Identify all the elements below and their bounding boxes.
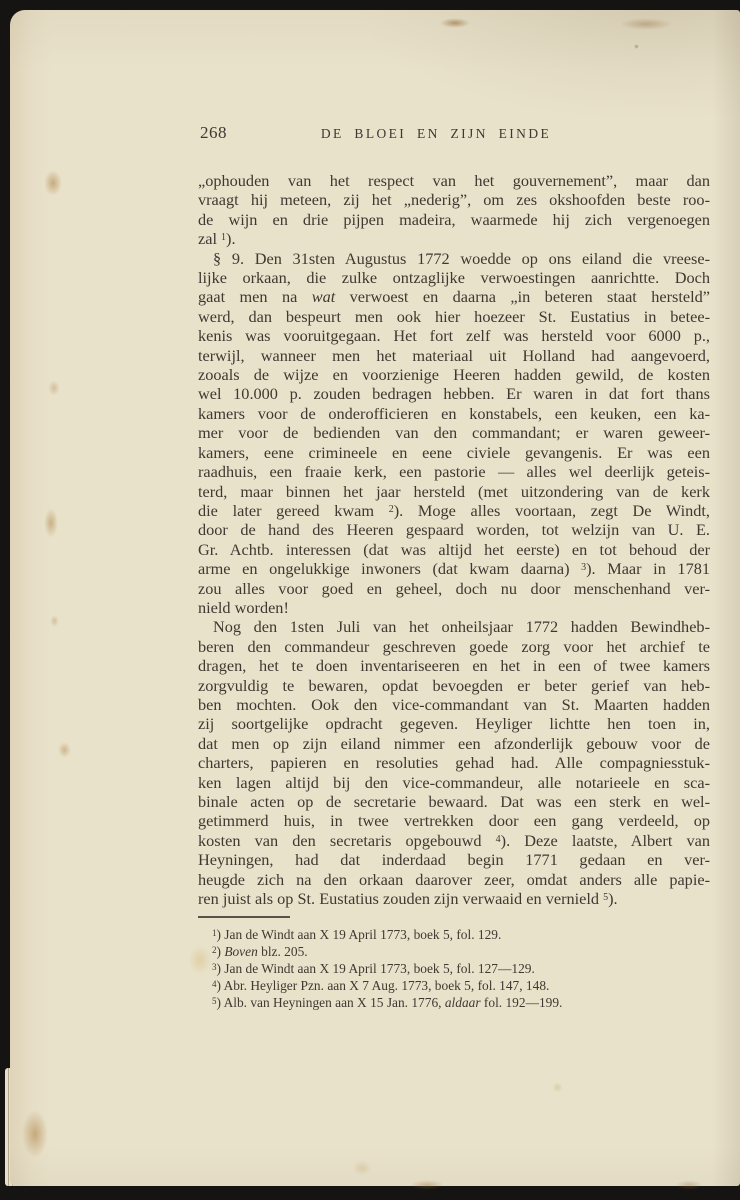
text-line: ben mochten. Ook den vice-commandant van… [198,695,710,714]
foxing-stain [22,1110,48,1158]
running-title: DE BLOEI EN ZIJN EINDE [180,126,692,142]
text-line: Nog den 1sten Juli van het onheilsjaar 1… [198,617,710,636]
text-line: de wijn en drie pijpen madeira, waarmede… [198,210,710,229]
footnote-rule [198,916,290,918]
text-line: door de hand des Heeren gespaard worden,… [198,520,710,539]
text-line: binale acten op de secretarie bewaard. D… [198,792,710,811]
text-line: Heyningen, had dat inderdaad begin 1771 … [198,850,710,869]
paragraph: Nog den 1sten Juli van het onheilsjaar 1… [198,617,710,908]
foxing-stain [352,1160,372,1176]
paragraph: „ophouden van het respect van het gouver… [198,171,710,249]
text-line: kamers voor de onderofficieren en konsta… [198,404,710,423]
footnote: 2) Boven blz. 205. [198,944,714,961]
footnote: 5) Alb. van Heyningen aan X 15 Jan. 1776… [198,995,714,1012]
text-line: heugde zich na den orkaan daarover zeer,… [198,870,710,889]
text-line: dat men op zijn eiland nimmer een afzond… [198,734,710,753]
text-line: vraagt hij meteen, zij het „nederig”, om… [198,190,710,209]
footnote: 3) Jan de Windt aan X 19 April 1773, boe… [198,961,714,978]
book-page: 268 DE BLOEI EN ZIJN EINDE „ophouden van… [10,10,740,1186]
text-line: terd, maar binnen het jaar hersteld (met… [198,482,710,501]
text-line: getimmerd huis, in twee vertrekken door … [198,811,710,830]
text-line: raadhuis, een fraaie kerk, een pastorie … [198,462,710,481]
text-line: zij soortgelijke opdracht gegeven. Heyli… [198,714,710,733]
text-line: werd, dan bespeurt men ook hier hoezeer … [198,307,710,326]
footnotes: 1) Jan de Windt aan X 19 April 1773, boe… [198,927,714,1012]
text-line: beren den commandeur geschreven goede zo… [198,637,710,656]
text-line: zorgvuldig te bewaren, opdat bevoegden e… [198,676,710,695]
foxing-stain [410,1180,444,1190]
foxing-stain [440,18,470,28]
text-line: arme en ongelukkige inwoners (dat kwam d… [198,559,710,578]
foxing-stain [58,742,71,758]
text-line: Gr. Achtb. interessen (dat was altijd he… [198,540,710,559]
text-line: charters, papieren en resoluties gehad h… [198,753,710,772]
text-line: zou alles voor goed en geheel, doch nu d… [198,579,710,598]
text-line: kosten van den secretaris opgebouwd 4). … [198,831,710,850]
text-line: wel 10.000 p. zouden bedragen hebben. Er… [198,384,710,403]
text-line: lijke orkaan, die zulke ontzaglijke verw… [198,268,710,287]
foxing-stain [620,18,672,30]
footnote: 1) Jan de Windt aan X 19 April 1773, boe… [198,927,714,944]
foxing-stain [44,170,62,196]
paragraph: § 9. Den 31sten Augustus 1772 woedde op … [198,249,710,618]
foxing-stain [634,44,639,49]
text-line: gaat men na wat verwoest en daarna „in b… [198,287,710,306]
footnote: 4) Abr. Heyliger Pzn. aan X 7 Aug. 1773,… [198,978,714,995]
text-line: § 9. Den 31sten Augustus 1772 woedde op … [198,249,710,268]
foxing-stain [50,615,59,627]
foxing-stain [552,1082,563,1093]
foxing-stain [44,508,58,538]
text-line: ken lagen altijd bij den vice-commandeur… [198,773,710,792]
text-line: zal 1). [198,229,710,248]
body-text: „ophouden van het respect van het gouver… [198,171,710,908]
text-line: kamers, eene crimineele en eene civiele … [198,443,710,462]
foxing-stain [48,380,60,396]
text-line: „ophouden van het respect van het gouver… [198,171,710,190]
text-line: terwijl, wanneer men het materiaal uit H… [198,346,710,365]
text-line: ren juist als op St. Eustatius zouden zi… [198,889,710,908]
text-line: dragen, het te doen inventariseeren en h… [198,656,710,675]
text-line: nield worden! [198,598,710,617]
text-line: die later gereed kwam 2). Moge alles voo… [198,501,710,520]
text-line: zooals de wijze en voorzienige Heeren ha… [198,365,710,384]
text-line: mer voor de bedienden van den commandant… [198,423,710,442]
foxing-stain [675,1180,703,1190]
text-line: kenis was vooruitgegaan. Het fort zelf w… [198,326,710,345]
